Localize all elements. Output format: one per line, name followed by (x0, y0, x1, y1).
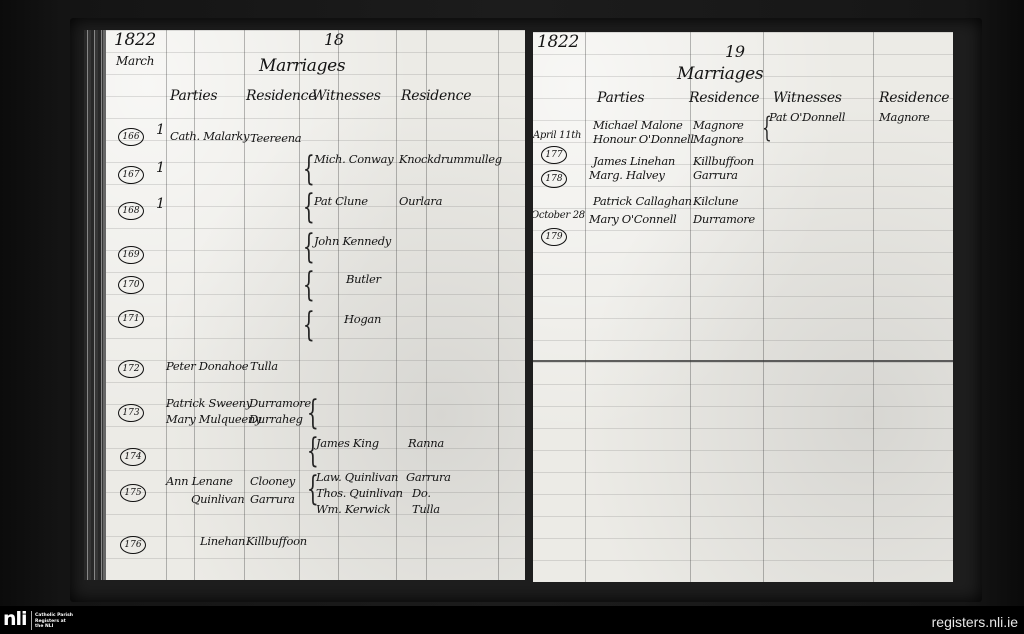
entry-number: 173 (118, 404, 144, 422)
entry-witness-residence: Knockdrummulleg (399, 152, 502, 166)
right-page: 1822 19 Marriages Parties Residence Witn… (533, 32, 953, 582)
entry-number: 169 (118, 246, 144, 264)
entry-residence: Kilclune (693, 194, 738, 208)
column-header-parties: Parties (597, 90, 644, 106)
left-page: 1822 March 18 Marriages Parties Residenc… (103, 30, 525, 580)
entry-witness: Hogan (344, 312, 381, 326)
entry-residence: Garrura (250, 492, 295, 506)
site-url-link[interactable]: registers.nli.ie (932, 614, 1018, 630)
entry-party: Ann Lenane (166, 474, 233, 488)
page-number: 19 (725, 42, 745, 61)
entry-party: Marg. Halvey (589, 168, 665, 182)
nli-logo[interactable]: nli (3, 609, 27, 629)
entry-witness-residence: Do. (412, 486, 431, 500)
page-title: Marriages (259, 56, 345, 76)
entry-mark: 1 (156, 196, 165, 212)
entry-witness: Law. Quinlivan (316, 470, 398, 484)
entry-party: Michael Malone (593, 118, 683, 132)
entry-date: October 28 (533, 210, 585, 221)
entry-party: Quinlivan (191, 492, 244, 506)
entry-witness: Pat O'Donnell (769, 110, 845, 124)
column-header-witness-residence: Residence (879, 90, 949, 106)
entry-number: 167 (118, 166, 144, 184)
entry-residence: Garrura (693, 168, 738, 182)
entry-party: James Linehan (593, 154, 675, 168)
entry-party: Patrick Sweeny (166, 396, 252, 410)
entry-number: 175 (120, 484, 146, 502)
column-header-witness-residence: Residence (401, 88, 471, 104)
entry-residence: Clooney (250, 474, 295, 488)
bracket: { (307, 396, 319, 430)
entry-residence: Durraheg (249, 412, 303, 426)
entry-witness-residence: Ourlara (399, 194, 442, 208)
entry-witness-residence: Ranna (408, 436, 444, 450)
entry-number: 172 (118, 360, 144, 378)
entry-residence: Durramore (693, 212, 755, 226)
entry-witness: Wm. Kerwick (316, 502, 390, 516)
entry-number: 170 (118, 276, 144, 294)
page-title: Marriages (677, 64, 763, 84)
entry-party: Honour O'Donnell (593, 132, 694, 146)
entry-number: 178 (541, 170, 567, 188)
entry-witness-residence: Magnore (879, 110, 930, 124)
entry-residence: Killbuffoon (693, 154, 754, 168)
entry-residence: Tulla (250, 359, 278, 373)
bracket: { (303, 268, 315, 302)
bracket: { (303, 230, 315, 264)
logo-divider (31, 611, 32, 630)
entry-number: 177 (541, 146, 567, 164)
entry-witness: Pat Clune (314, 194, 368, 208)
entry-witness-residence: Tulla (412, 502, 440, 516)
column-header-witnesses: Witnesses (773, 90, 842, 106)
entry-number: 166 (118, 128, 144, 146)
column-header-parties: Parties (170, 88, 217, 104)
entry-witness: Butler (346, 272, 381, 286)
entry-number: 171 (118, 310, 144, 328)
entry-number: 179 (541, 228, 567, 246)
page-fold (533, 360, 953, 362)
book-binding (84, 30, 104, 580)
entry-party: Patrick Callaghan (593, 194, 692, 208)
entry-number: 168 (118, 202, 144, 220)
entry-residence: Magnore (693, 132, 744, 146)
page-month: March (116, 54, 154, 68)
entry-date: April 11th (533, 130, 581, 141)
bracket: { (303, 152, 315, 186)
column-header-residence: Residence (689, 90, 759, 106)
entry-number: 174 (120, 448, 146, 466)
entry-witness: John Kennedy (314, 234, 391, 248)
bracket: { (303, 308, 315, 342)
entry-party: Mary Mulqueeny (166, 412, 261, 426)
entry-party: Mary O'Connell (589, 212, 676, 226)
entry-party: Linehan (200, 534, 245, 548)
column-header-witnesses: Witnesses (312, 88, 381, 104)
bracket: { (303, 190, 315, 224)
logo-subtitle: Catholic Parish Registers at the NLI (35, 613, 75, 630)
entry-witness: Thos. Quinlivan (316, 486, 403, 500)
entry-residence: Magnore (693, 118, 744, 132)
page-year: 1822 (114, 30, 156, 50)
footer-bar (0, 606, 1024, 634)
entry-party: Peter Donahoe (166, 359, 248, 373)
entry-witness-residence: Garrura (406, 470, 451, 484)
image-viewer[interactable]: 1822 March 18 Marriages Parties Residenc… (0, 0, 1024, 606)
entry-witness: Mich. Conway (314, 152, 393, 166)
page-number: 18 (324, 30, 344, 49)
entry-residence: Durramore (249, 396, 311, 410)
entry-mark: 1 (156, 122, 165, 138)
entry-number: 176 (120, 536, 146, 554)
page-year: 1822 (537, 32, 579, 52)
entry-residence: Teereena (250, 131, 301, 145)
entry-residence: Killbuffoon (246, 534, 307, 548)
entry-party: Cath. Malarky (170, 129, 249, 143)
entry-witness: James King (316, 436, 379, 450)
entry-mark: 1 (156, 160, 165, 176)
column-header-residence: Residence (246, 88, 316, 104)
